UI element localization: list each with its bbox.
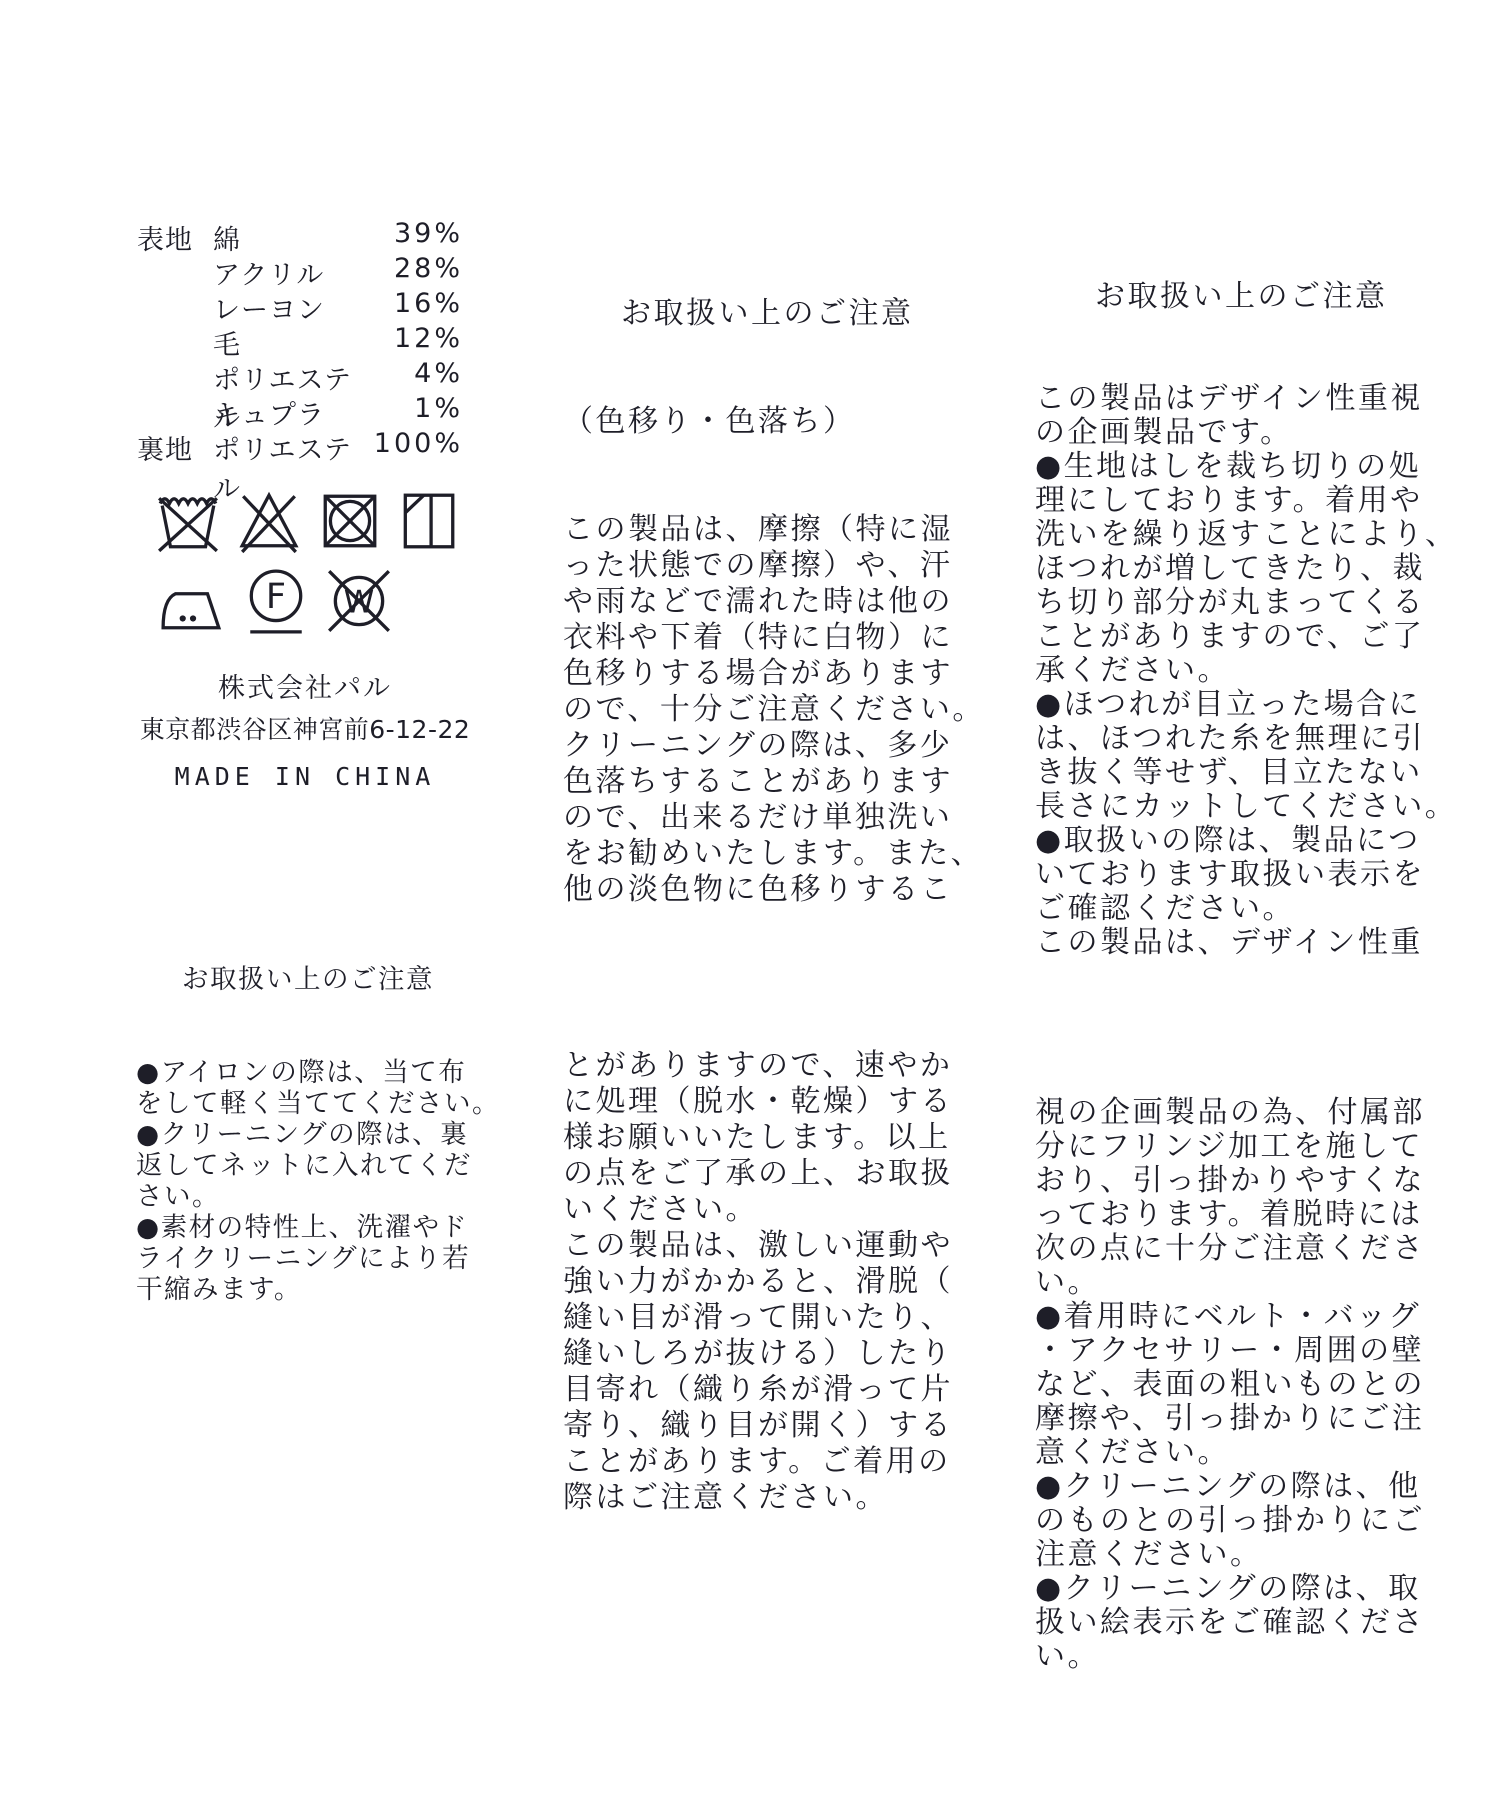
- care-symbols-row-2: F W: [155, 566, 458, 636]
- material-name: 綿: [213, 218, 353, 257]
- table-row: ポリエステル 4%: [137, 358, 463, 393]
- right-notes-title: お取扱い上のご注意: [1035, 280, 1458, 314]
- material-name: アクリル: [213, 253, 353, 292]
- company-name: 株式会社パル: [110, 666, 500, 705]
- table-row: キュプラ 1%: [137, 393, 463, 428]
- no-wet-clean-icon: W: [323, 566, 395, 636]
- left-care-notes: お取扱い上のご注意 ●アイロンの際は、当て布 をして軽く当ててください。 ●クリ…: [136, 902, 500, 1367]
- material-percent: 16%: [353, 288, 463, 319]
- country-of-origin: MADE IN CHINA: [110, 762, 500, 791]
- dry-clean-letter: F: [266, 577, 286, 617]
- care-label-page: 表地 綿 39% アクリル 28% レーヨン 16% 毛 12% ポリエステル …: [0, 0, 1500, 1800]
- material-name: 毛: [213, 323, 353, 362]
- middle-notes-paragraph-1: この製品は、摩擦（特に湿 った状態での摩擦）や、汗 や雨などで濡れた時は他の 衣…: [563, 512, 985, 908]
- middle-notes-subtitle: （色移り・色落ち）: [563, 404, 985, 440]
- right-notes-paragraph-1: この製品はデザイン性重視 の企画製品です。 ●生地はしを裁ち切りの処 理にしてお…: [1035, 382, 1458, 960]
- material-percent: 39%: [353, 218, 463, 249]
- shade-line-dry-icon: [398, 488, 458, 554]
- middle-notes-title: お取扱い上のご注意: [563, 296, 985, 332]
- dry-clean-f-icon: F: [244, 566, 308, 636]
- table-row: レーヨン 16%: [137, 288, 463, 323]
- table-row: 表地 綿 39%: [137, 218, 463, 253]
- do-not-tumble-dry-icon: [317, 488, 383, 554]
- material-percent: 12%: [353, 323, 463, 354]
- right-notes-paragraph-2: 視の企画製品の為、付属部 分にフリンジ加工を施して おり、引っ掛かりやすくな っ…: [1035, 1096, 1458, 1674]
- do-not-wash-icon: [155, 488, 221, 554]
- material-percent: 1%: [353, 393, 463, 424]
- table-row: アクリル 28%: [137, 253, 463, 288]
- material-percent: 28%: [353, 253, 463, 284]
- left-notes-title: お取扱い上のご注意: [136, 964, 500, 995]
- material-name: キュプラ: [213, 393, 353, 432]
- table-row: 裏地 ポリエステル 100%: [137, 428, 463, 463]
- do-not-bleach-icon: [236, 488, 302, 554]
- table-row: 毛 12%: [137, 323, 463, 358]
- design-handling-notes: お取扱い上のご注意 この製品はデザイン性重視 の企画製品です。 ●生地はしを裁ち…: [1035, 212, 1458, 1742]
- care-symbols: F W: [155, 488, 458, 636]
- material-percent: 4%: [353, 358, 463, 389]
- iron-low-icon: [155, 570, 229, 636]
- color-transfer-notes: お取扱い上のご注意 （色移り・色落ち） この製品は、摩擦（特に湿 った状態での摩…: [563, 224, 985, 1588]
- material-percent: 100%: [353, 428, 463, 459]
- fiber-composition-table: 表地 綿 39% アクリル 28% レーヨン 16% 毛 12% ポリエステル …: [137, 218, 463, 463]
- care-symbols-row-1: [155, 488, 458, 554]
- company-block: 株式会社パル 東京都渋谷区神宮前6-12-22 MADE IN CHINA: [110, 666, 500, 791]
- left-notes-body: ●アイロンの際は、当て布 をして軽く当ててください。 ●クリーニングの際は、裏 …: [136, 1057, 500, 1305]
- company-address: 東京都渋谷区神宮前6-12-22: [110, 710, 500, 746]
- middle-notes-paragraph-2: とがありますので、速やか に処理（脱水・乾燥）する 様お願いいたします。以上 の…: [563, 1048, 985, 1516]
- fabric-part-label: 裏地: [137, 428, 213, 467]
- material-name: レーヨン: [213, 288, 353, 327]
- fabric-part-label: 表地: [137, 218, 213, 257]
